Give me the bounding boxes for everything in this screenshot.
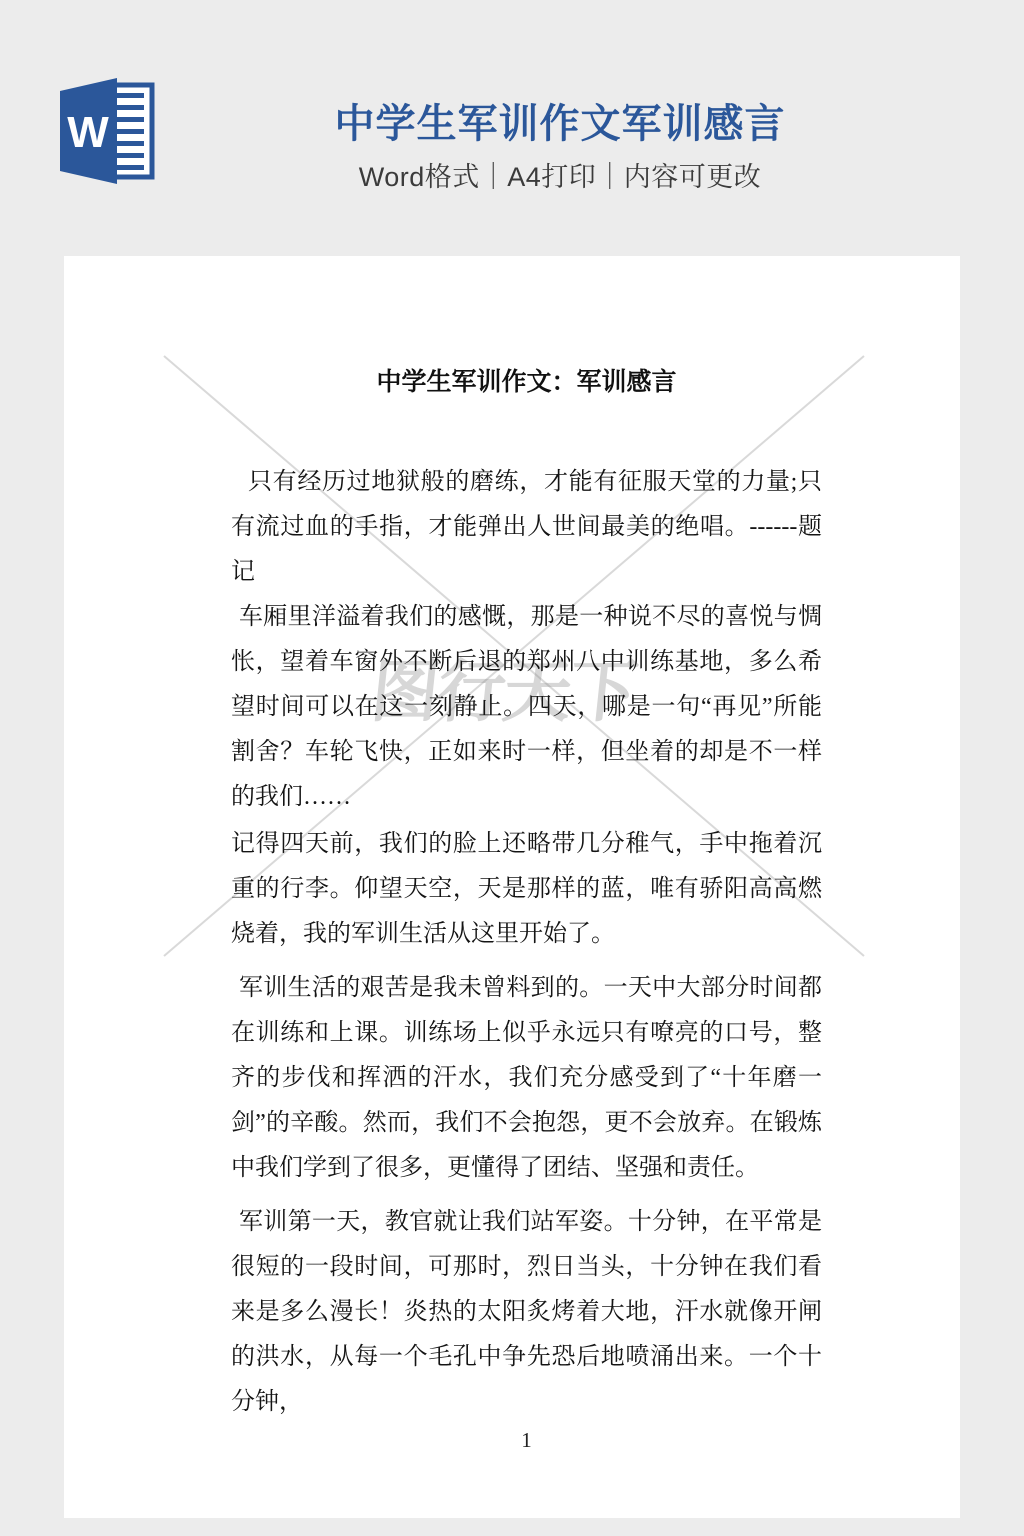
paragraph-epigraph: 只有经历过地狱般的磨练，才能有征服天堂的力量;只有流过血的手指，才能弹出人世间最… bbox=[231, 460, 822, 595]
paragraph-training-life: 军训生活的艰苦是我未曾料到的。一天中大部分时间都在训练和上课。训练场上似乎永远只… bbox=[231, 966, 822, 1191]
page-title: 中学生军训作文军训感言 bbox=[0, 92, 1024, 149]
paragraph-first-day: 军训第一天，教官就让我们站军姿。十分钟，在平常是很短的一段时间，可那时，烈日当头… bbox=[231, 1200, 822, 1425]
page-number: 1 bbox=[231, 1428, 822, 1453]
document-body: 只有经历过地狱般的磨练，才能有征服天堂的力量;只有流过血的手指，才能弹出人世间最… bbox=[231, 460, 822, 1425]
document-page: 图行天下 中学生军训作文：军训感言 只有经历过地狱般的磨练，才能有征服天堂的力量… bbox=[64, 256, 960, 1518]
page-subtitle: Word格式｜A4打印｜内容可更改 bbox=[0, 155, 1024, 194]
paragraph-four-days-ago: 记得四天前，我们的脸上还略带几分稚气，手中拖着沉重的行李。仰望天空，天是那样的蓝… bbox=[231, 822, 822, 957]
paragraph-bus: 车厢里洋溢着我们的感慨，那是一种说不尽的喜悦与惆怅，望着车窗外不断后退的郑州八中… bbox=[231, 595, 822, 820]
site-header: W 中学生军训作文军训感言 Word格式｜A4打印｜内容可更改 bbox=[0, 0, 1024, 256]
document-title: 中学生军训作文：军训感言 bbox=[231, 362, 822, 404]
